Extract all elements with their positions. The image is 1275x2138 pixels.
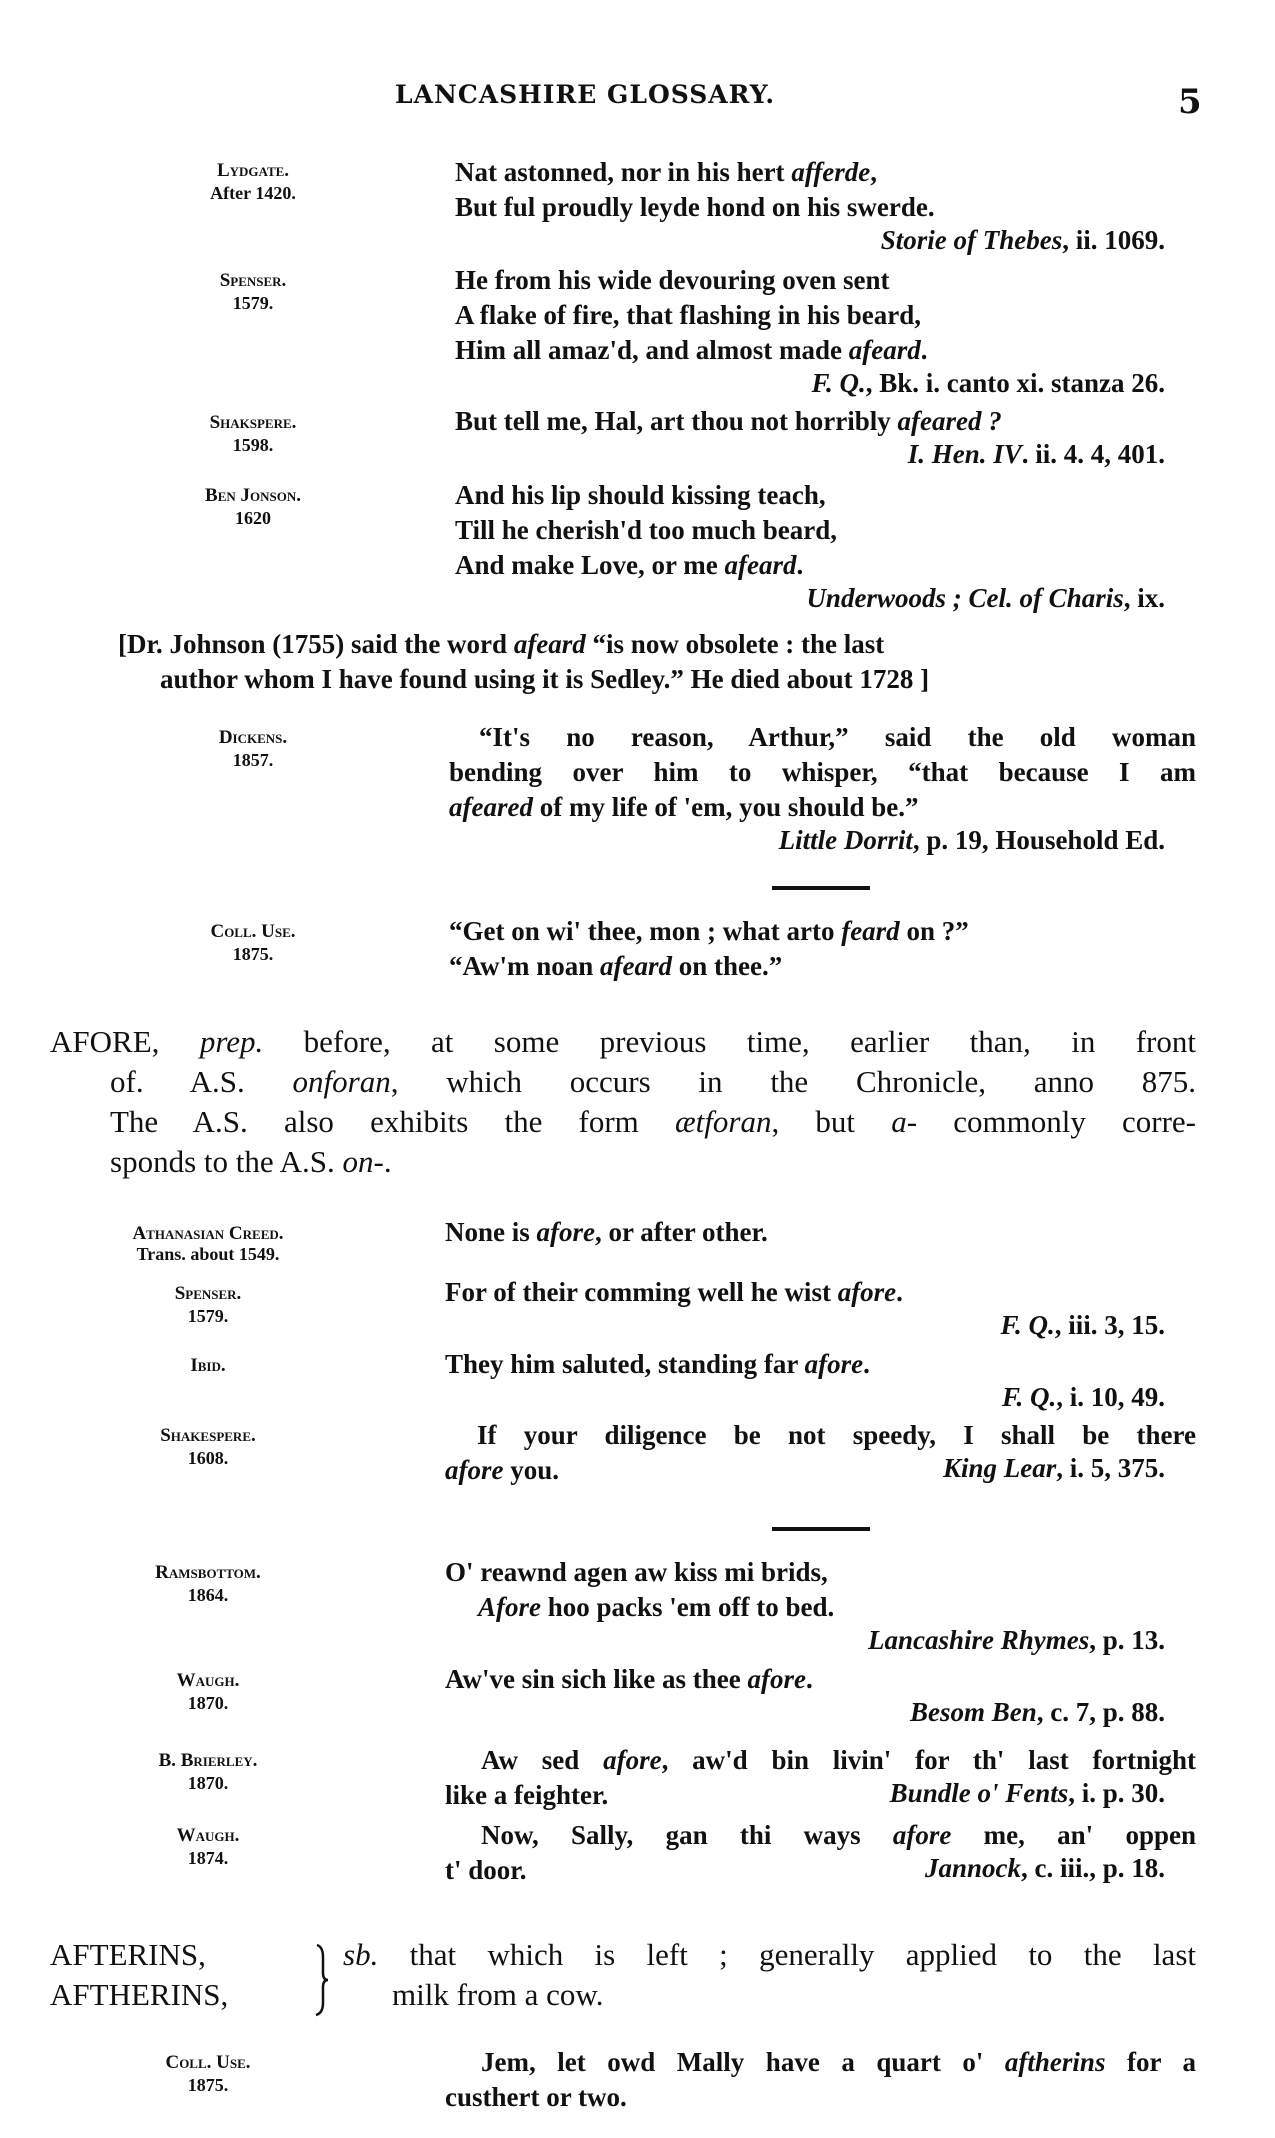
quote-author: Ibid. [93,1355,323,1377]
quote-author: Coll. Use. [143,921,363,943]
quote-date: 1875. [93,2075,323,2096]
quote-citation: Besom Ben, c. 7, p. 88. [910,1697,1165,1728]
section-divider-rule [772,886,870,890]
quote-line: Jem, let owd Mally have a quart o' afthe… [445,2045,1196,2080]
quote-author: Dickens. [143,727,363,749]
quote-author: Spenser. [143,270,363,292]
entry-headword: AFTHERINS, [50,1975,228,2015]
quote-author: Shakespere. [93,1425,323,1447]
entry-headword: AFORE, [50,1024,159,1059]
quote-line: O' reawnd agen aw kiss mi brids, [445,1555,828,1590]
quote-line: Now, Sally, gan thi ways afore me, an' o… [445,1818,1196,1853]
quote-date: 1608. [93,1448,323,1469]
quote-date: 1874. [93,1848,323,1869]
quote-line: If your diligence be not speedy, I shall… [445,1418,1196,1453]
quote-date: 1864. [93,1585,323,1606]
quote-author: Lydgate. [143,160,363,182]
part-of-speech: sb. [343,1937,378,1972]
running-header-title: LANCASHIRE GLOSSARY. [395,80,775,109]
note-line: author whom I have found using it is Sed… [160,662,929,697]
quote-citation: Storie of Thebes, ii. 1069. [881,225,1165,256]
page-number: 5 [1178,82,1202,122]
quote-citation: I. Hen. IV. ii. 4. 4, 401. [908,439,1165,470]
quote-line: But ful proudly leyde hond on his swerde… [455,190,935,225]
quote-author: Shakspere. [143,412,363,434]
quote-date: 1875. [143,944,363,965]
quote-line: “Get on wi' thee, mon ; what arto feard … [449,914,969,949]
quote-line: He from his wide devouring oven sent [455,263,890,298]
quote-date: Trans. about 1549. [93,1244,323,1265]
quote-line: Aw've sin sich like as thee afore. [445,1662,813,1697]
entry-line: The A.S. also exhibits the form ætforan,… [110,1102,1196,1142]
note-line: [Dr. Johnson (1755) said the word afeard… [118,627,884,662]
quote-author: Spenser. [93,1283,323,1305]
section-divider-rule [772,1527,870,1531]
quote-citation: F. Q., i. 10, 49. [1002,1382,1165,1413]
quote-date: 1579. [143,293,363,314]
quote-line: And his lip should kissing teach, [455,478,826,513]
quote-line: And make Love, or me afeard. [455,548,803,583]
quote-author: B. Brierley. [93,1750,323,1772]
quote-line: Afore hoo packs 'em off to bed. [478,1590,834,1625]
quote-citation: Lancashire Rhymes, p. 13. [868,1625,1165,1656]
quote-line: A flake of fire, that flashing in his be… [455,298,921,333]
quote-citation: Little Dorrit, p. 19, Household Ed. [779,825,1165,856]
quote-date: 1857. [143,750,363,771]
quote-line: Nat astonned, nor in his hert afferde, [455,155,877,190]
quote-line: For of their comming well he wist afore. [445,1275,903,1310]
quote-line: “Aw'm noan afeard on thee.” [449,949,782,984]
quote-line: afeared of my life of 'em, you should be… [449,790,918,825]
quote-line: bending over him to whisper, “that becau… [449,755,1196,790]
quote-citation: Jannock, c. iii., p. 18. [925,1853,1165,1884]
quote-citation: F. Q., Bk. i. canto xi. stanza 26. [811,368,1165,399]
quote-line: But tell me, Hal, art thou not horribly … [455,404,1002,439]
quote-date: 1870. [93,1773,323,1794]
quote-citation: Underwoods ; Cel. of Charis, ix. [806,583,1165,614]
quote-citation: F. Q., iii. 3, 15. [1000,1310,1165,1341]
quote-author: Waugh. [93,1825,323,1847]
quote-date: 1579. [93,1306,323,1327]
quote-line: afore you. [445,1453,559,1488]
curly-brace-icon [313,1943,331,2017]
entry-line: of. A.S. onforan, which occurs in the Ch… [110,1062,1196,1102]
quote-line: They him saluted, standing far afore. [445,1347,870,1382]
quote-line: Him all amaz'd, and almost made afeard. [455,333,928,368]
entry-line: sponds to the A.S. on-. [110,1142,392,1182]
entry-line: AFORE, prep. before, at some previous ti… [50,1022,1196,1062]
quote-date: 1598. [143,435,363,456]
quote-author: Athanasian Creed. [93,1223,323,1245]
entry-headword: AFTERINS, [50,1935,206,1975]
quote-line: t' door. [445,1853,527,1888]
quote-author: Ramsbottom. [93,1562,323,1584]
quote-citation: Bundle o' Fents, i. p. 30. [890,1778,1165,1809]
quote-date: After 1420. [143,183,363,204]
part-of-speech: prep. [200,1024,263,1059]
entry-line: milk from a cow. [392,1975,604,2015]
quote-author: Coll. Use. [93,2052,323,2074]
quote-line: Aw sed afore, aw'd bin livin' for th' la… [445,1743,1196,1778]
entry-line: sb. that which is left ; generally appli… [343,1935,1196,1975]
quote-line: None is afore, or after other. [445,1215,768,1250]
quote-citation: King Lear, i. 5, 375. [943,1453,1165,1484]
quote-date: 1620 [143,508,363,529]
quote-author: Ben Jonson. [143,485,363,507]
quote-line: custhert or two. [445,2080,627,2115]
quote-date: 1870. [93,1693,323,1714]
quote-line: Till he cherish'd too much beard, [455,513,837,548]
quote-line: like a feighter. [445,1778,608,1813]
quote-author: Waugh. [93,1670,323,1692]
quote-line: “It's no reason, Arthur,” said the old w… [449,720,1196,755]
